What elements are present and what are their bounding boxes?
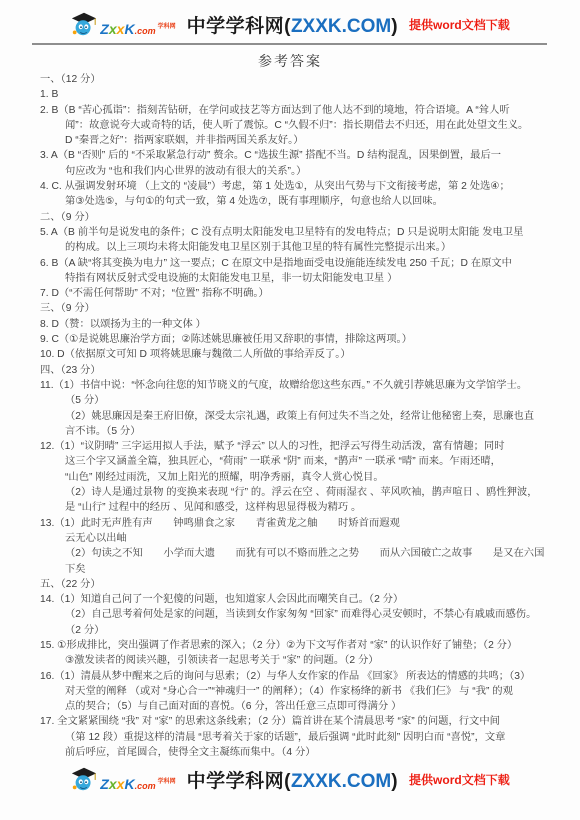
document-line: 云无心以出岫: [40, 531, 555, 546]
document-line: 12.（1）“议阴晴” 三字运用拟人手法，赋予 “浮云” 以人的习性，把浮云写得…: [40, 439, 555, 454]
document-line: 是 “山行” 过程中的经历 、见闻和感受，这样构思显得极为精巧 。: [40, 500, 555, 515]
logo-letter: x: [109, 21, 117, 37]
document-line: 13.（1）此时无声胜有声 钟鸣鼎食之家 青雀黄龙之舳 时矫首而遐观: [40, 516, 555, 531]
document-line: （2）句读之不知 小学而大遗 而犹有可以不赂而胜之之势 而从六国破亡之故事 是又…: [40, 546, 555, 561]
document-line: 句应改为 “也和我们内心世界的波动有很大的关系”。）: [40, 164, 555, 179]
document-line: 四、（23 分）: [40, 363, 555, 378]
document-line: （5 分）: [40, 393, 555, 408]
document-line: 三、（9 分）: [40, 301, 555, 316]
document-line: 5. A（B 前半句是说发电的条件；C 没有点明太阳能发电卫星特有的发电特点；D…: [40, 225, 555, 240]
header-divider: [32, 43, 547, 46]
document-line: 闻”：故意说夸大或奇特的话，使人听了震惊。C “久假不归”：指长期借去不归还，用…: [40, 118, 555, 133]
logo-wordmark: ZxxK.com: [100, 22, 155, 38]
mascot-icon: [70, 765, 98, 793]
document-body: 一、（12 分）1. B2. B（B “苦心孤诣”：指刻苦钻研，在学问或技艺等方…: [40, 72, 555, 760]
document-line: 14.（1）知道自己问了一个犯傻的问题，也知道家人会因此而嘲笑自己。（2 分）: [40, 592, 555, 607]
paren-close: ): [391, 771, 398, 792]
document-line: ③激发读者的阅读兴趣，引领读者一起思考关于 “家” 的问题。（2 分）: [40, 653, 555, 668]
site-domain: ZXXK.COM: [291, 16, 391, 37]
document-line: 1. B: [40, 87, 555, 102]
document-line: 11.（1）书信中说：“怀念向往您的知节晓义的气度，故赠给您这些东西。” 不久就…: [40, 378, 555, 393]
document-line: 的构成。以上三项均未将太阳能发电卫星区别于其他卫星的特有属性完整提示出来。）: [40, 240, 555, 255]
zxxk-logo: ZxxK.com 学科网: [70, 10, 175, 38]
logo-letter: Z: [100, 776, 109, 792]
document-line: （2）自己思考着何处是家的问题，当读到女作家匆匆 “回家” 而难得心灵安顿时，不…: [40, 607, 555, 622]
mascot-icon: [70, 10, 98, 38]
document-line: 16.（1）清晨从梦中醒来之后的询问与思索；（2）与华人女作家的作品 《回家》 …: [40, 669, 555, 684]
document-line: （2 分）: [40, 623, 555, 638]
document-line: 6. B（A 缺“将其变换为电力” 这一要点；C 在原文中是指地面受电设施能连续…: [40, 256, 555, 271]
page-title: 参考答案: [0, 51, 580, 71]
document-line: 一、（12 分）: [40, 72, 555, 87]
document-line: 2. B（B “苦心孤诣”：指刻苦钻研，在学问或技艺等方面达到了他人达不到的境地…: [40, 103, 555, 118]
logo-com: .com: [135, 781, 156, 791]
logo-letter: Z: [100, 21, 109, 37]
document-line: 第③处选⑤，与句①的句式一致，第 4 处选⑦，既有事理顺序，句意也给人以回味。: [40, 194, 555, 209]
document-line: （2）姚思廉因是秦王府旧僚，深受太宗礼遇，政策上有何过失不当之处，经常让他秘密上…: [40, 409, 555, 424]
document-line: （2）诗人是通过景物 的变换来表现 “行” 的。浮云在空 、荷雨湿衣 、苹风吹袖…: [40, 485, 555, 500]
logo-tagline: 学科网: [158, 779, 176, 785]
document-line: 17. 全文紧紧围绕 “我” 对 “家” 的思索这条线索；（2 分）篇首讲在某个…: [40, 714, 555, 729]
document-line: 4. C. 从强调发射环境 （上文的 “凌晨”）考虑，第 1 处选①，从突出气势…: [40, 179, 555, 194]
logo-letter: K: [124, 776, 134, 792]
paren-close: ): [391, 16, 398, 37]
document-line: “山色” 刚经过雨洗，又加上阳光的照耀，明净秀丽，真令人赏心悦目。: [40, 470, 555, 485]
document-line: 前后呼应，首尾圆合，使得全文主凝练而集中。（4 分）: [40, 745, 555, 760]
document-line: 这三个字又涵盖全篇，独具匠心，“荷雨” 一联承 “阴” 而来，“鹊声” 一联承 …: [40, 454, 555, 469]
document-line: （第 12 段）重提这样的清晨 “思考着关于家的话题”，最后强调 “此时此刻” …: [40, 730, 555, 745]
site-name: 中学学科网: [187, 771, 285, 792]
zxxk-logo-footer: ZxxK.com 学科网: [70, 765, 175, 793]
page-footer: ZxxK.com 学科网 中学学科网(ZXXK.COM) 提供word文档下载: [0, 762, 580, 796]
paren-open: (: [284, 16, 291, 37]
logo-tagline: 学科网: [158, 24, 176, 30]
document-line: 言不讳。（5 分）: [40, 424, 555, 439]
page-header: ZxxK.com 学科网 中学学科网(ZXXK.COM) 提供word文档下载: [0, 7, 580, 41]
document-line: 下矣: [40, 562, 555, 577]
document-line: 7. D（“不需任何帮助” 不对；“位置” 指称不明确。）: [40, 286, 555, 301]
document-line: 3. A（B “否则” 后的 “不采取紧急行动” 赘余。C “选拔生源” 搭配不…: [40, 148, 555, 163]
logo-letter: x: [109, 776, 117, 792]
document-line: 8. D（赞：以颂扬为主的一种文体 ）: [40, 317, 555, 332]
document-line: 15. ①形成排比，突出强调了作者思索的深入；（2 分）②为下文写作者对 “家”…: [40, 638, 555, 653]
document-line: 特指有网状反射式受电设施的太阳能发电卫星，非一切太阳能发电卫星 ）: [40, 271, 555, 286]
site-title: 中学学科网(ZXXK.COM): [187, 11, 398, 38]
site-domain: ZXXK.COM: [291, 771, 391, 792]
document-line: 二、（9 分）: [40, 210, 555, 225]
document-line: D “秦晋之好”：指两家联姻，并非指两国关系友好。）: [40, 133, 555, 148]
document-line: 9. C（①是说姚思廉治学方面；②陈述姚思廉被任用又辞职的事情，排除这两项。）: [40, 332, 555, 347]
logo-com: .com: [135, 26, 156, 36]
site-name: 中学学科网: [187, 16, 285, 37]
document-line: 10. D（依据原文可知 D 项将姚思廉与魏徵二人所做的事给弄反了。）: [40, 347, 555, 362]
document-line: 五、（22 分）: [40, 577, 555, 592]
document-line: 点的契合；（5）与自己面对面的喜悦。（6 分，答出任意三点即可得满分 ）: [40, 699, 555, 714]
document-line: 对天堂的阐释 （或对 “身心合一”“神魂归一” 的阐释）；（4）作家杨绛的新书 …: [40, 684, 555, 699]
logo-letter: K: [124, 21, 134, 37]
document-page: ZxxK.com 学科网 中学学科网(ZXXK.COM) 提供word文档下载 …: [0, 0, 580, 820]
logo-wordmark: ZxxK.com: [100, 777, 155, 793]
word-download-promo: 提供word文档下载: [409, 16, 510, 33]
site-title: 中学学科网(ZXXK.COM): [187, 766, 398, 793]
paren-open: (: [284, 771, 291, 792]
word-download-promo: 提供word文档下载: [409, 771, 510, 788]
